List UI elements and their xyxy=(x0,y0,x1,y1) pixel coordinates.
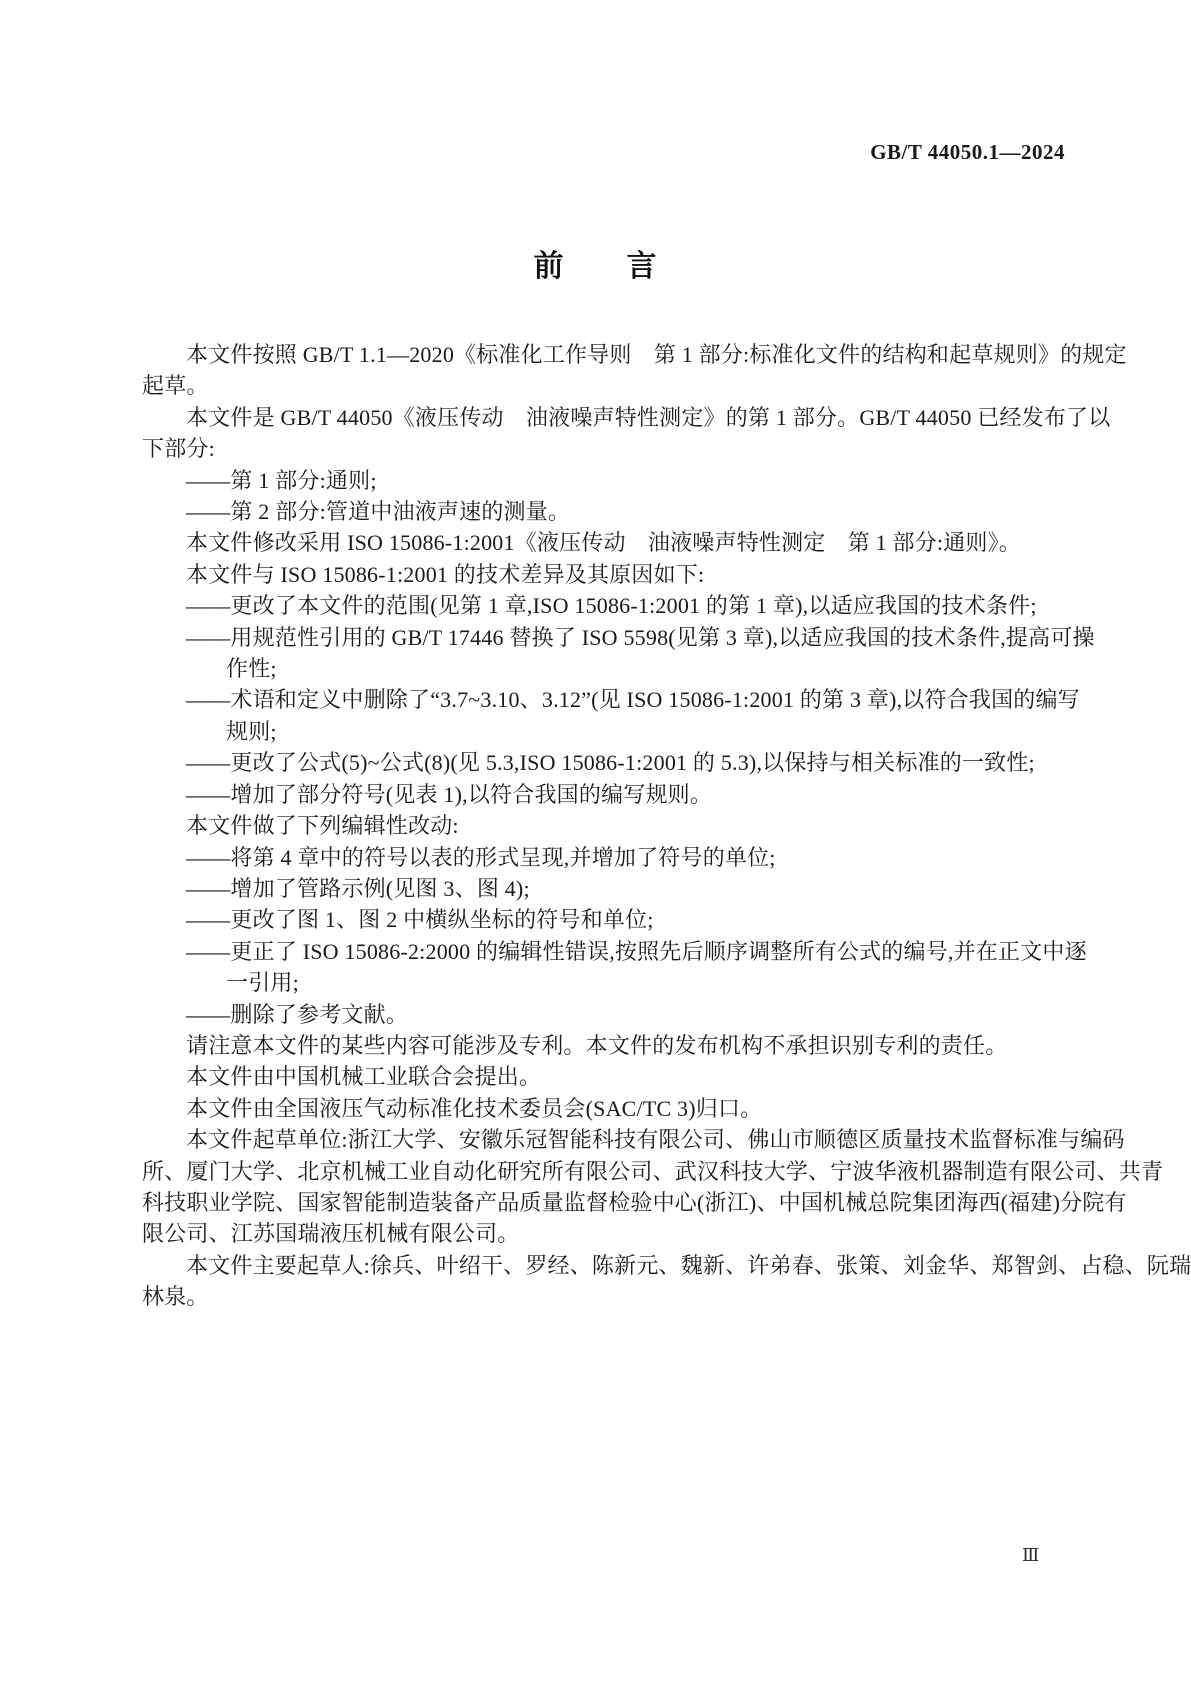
text-line: ——更改了本文件的范围(见第 1 章,ISO 15086-1:2001 的第 1… xyxy=(142,590,1067,621)
page-title: 前 言 xyxy=(0,241,1191,285)
text-line: 请注意本文件的某些内容可能涉及专利。本文件的发布机构不承担识别专利的责任。 xyxy=(142,1030,1067,1061)
text-line: ——第 2 部分:管道中油液声速的测量。 xyxy=(142,496,1067,527)
text-line: ——术语和定义中删除了“3.7~3.10、3.12”(见 ISO 15086-1… xyxy=(142,684,1067,715)
text-line: 一引用; xyxy=(142,967,1067,998)
page-number: Ⅲ xyxy=(1022,1545,1039,1566)
text-line: 下部分: xyxy=(142,433,1067,464)
text-line: 本文件按照 GB/T 1.1—2020《标准化工作导则 第 1 部分:标准化文件… xyxy=(142,339,1067,370)
text-line: ——增加了部分符号(见表 1),以符合我国的编写规则。 xyxy=(142,779,1067,810)
text-line: ——增加了管路示例(见图 3、图 4); xyxy=(142,873,1067,904)
text-line: ——用规范性引用的 GB/T 17446 替换了 ISO 5598(见第 3 章… xyxy=(142,622,1067,653)
text-line: 本文件起草单位:浙江大学、安徽乐冠智能科技有限公司、佛山市顺德区质量技术监督标准… xyxy=(142,1124,1067,1155)
text-line: 作性; xyxy=(142,653,1067,684)
document-page: GB/T 44050.1—2024 前 言 本文件按照 GB/T 1.1—202… xyxy=(0,0,1191,1685)
text-line: 限公司、江苏国瑞液压机械有限公司。 xyxy=(142,1218,1067,1249)
text-line: 所、厦门大学、北京机械工业自动化研究所有限公司、武汉科技大学、宁波华液机器制造有… xyxy=(142,1156,1067,1187)
text-line: ——更改了图 1、图 2 中横纵坐标的符号和单位; xyxy=(142,904,1067,935)
text-line: 本文件由全国液压气动标准化技术委员会(SAC/TC 3)归口。 xyxy=(142,1093,1067,1124)
text-line: 本文件是 GB/T 44050《液压传动 油液噪声特性测定》的第 1 部分。GB… xyxy=(142,402,1067,433)
text-line: 本文件主要起草人:徐兵、叶绍干、罗经、陈新元、魏新、许弟春、张策、刘金华、郑智剑… xyxy=(142,1250,1067,1281)
text-line: ——删除了参考文献。 xyxy=(142,999,1067,1030)
text-line: 本文件做了下列编辑性改动: xyxy=(142,810,1067,841)
text-line: 本文件修改采用 ISO 15086-1:2001《液压传动 油液噪声特性测定 第… xyxy=(142,527,1067,558)
text-line: 林泉。 xyxy=(142,1281,1067,1312)
text-line: 科技职业学院、国家智能制造装备产品质量监督检验中心(浙江)、中国机械总院集团海西… xyxy=(142,1187,1067,1218)
text-line: 本文件与 ISO 15086-1:2001 的技术差异及其原因如下: xyxy=(142,559,1067,590)
text-line: ——第 1 部分:通则; xyxy=(142,465,1067,496)
text-line: 规则; xyxy=(142,716,1067,747)
text-line: ——更正了 ISO 15086-2:2000 的编辑性错误,按照先后顺序调整所有… xyxy=(142,936,1067,967)
foreword-body: 本文件按照 GB/T 1.1—2020《标准化工作导则 第 1 部分:标准化文件… xyxy=(142,339,1067,1313)
text-line: ——更改了公式(5)~公式(8)(见 5.3,ISO 15086-1:2001 … xyxy=(142,747,1067,778)
text-line: 本文件由中国机械工业联合会提出。 xyxy=(142,1061,1067,1092)
text-line: ——将第 4 章中的符号以表的形式呈现,并增加了符号的单位; xyxy=(142,842,1067,873)
text-line: 起草。 xyxy=(142,370,1067,401)
standard-code-header: GB/T 44050.1—2024 xyxy=(870,140,1065,165)
